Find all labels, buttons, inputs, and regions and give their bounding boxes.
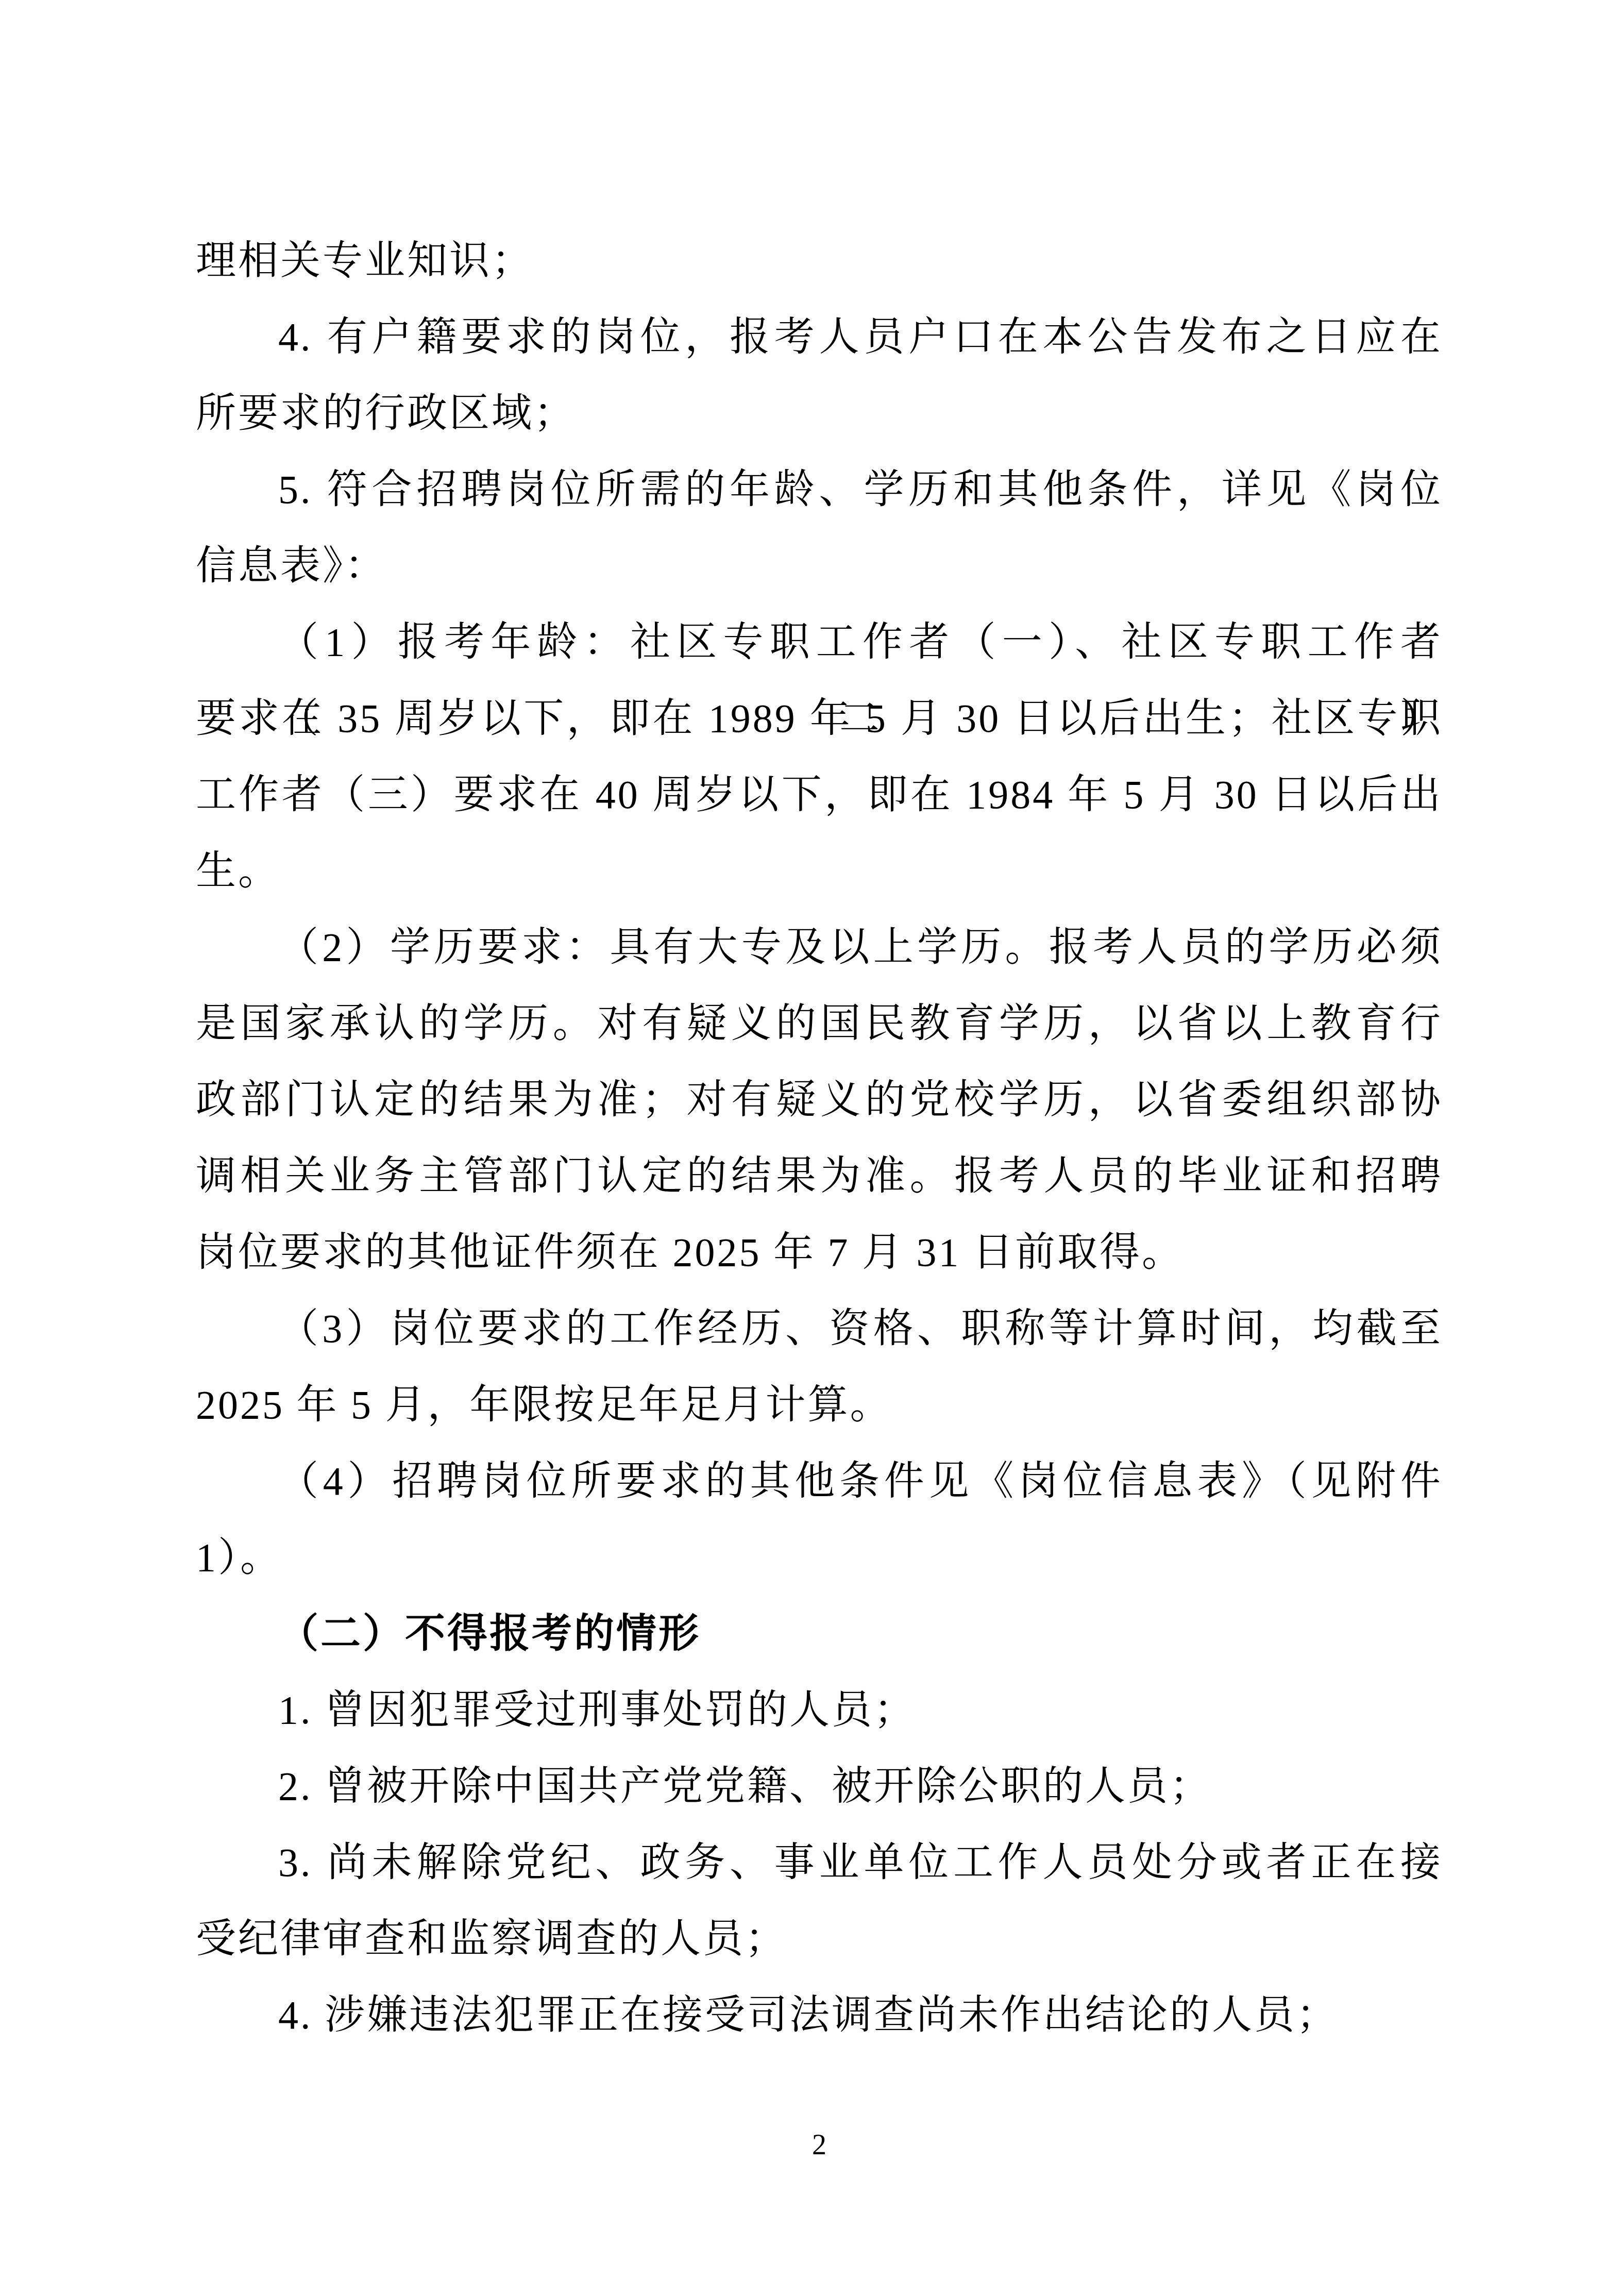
section-heading: （二）不得报考的情形 xyxy=(196,1596,1443,1672)
document-page: 理相关专业知识； 4. 有户籍要求的岗位，报考人员户口在本公告发布之日应在 所要… xyxy=(0,0,1623,2296)
text-line: 5. 符合招聘岗位所需的年龄、学历和其他条件，详见《岗位 xyxy=(196,451,1443,528)
text-line: 政部门认定的结果为准；对有疑义的党校学历，以省委组织部协 xyxy=(196,1062,1443,1138)
text-line: 工作者（三）要求在 40 周岁以下，即在 1984 年 5 月 30 日以后出 xyxy=(196,757,1443,833)
page-number: 2 xyxy=(196,2130,1443,2160)
text-line: 2025 年 5 月，年限按足年足月计算。 xyxy=(196,1367,1443,1443)
text-line: 3. 尚未解除党纪、政务、事业单位工作人员处分或者正在接 xyxy=(196,1824,1443,1901)
text-line: 岗位要求的其他证件须在 2025 年 7 月 31 日前取得。 xyxy=(196,1214,1443,1291)
text-line: 要求在 35 周岁以下，即在 1989 年 5 月 30 日以后出生；社区专职 xyxy=(196,680,1443,757)
text-line: （3）岗位要求的工作经历、资格、职称等计算时间，均截至 xyxy=(196,1291,1443,1367)
page-content: 理相关专业知识； 4. 有户籍要求的岗位，报考人员户口在本公告发布之日应在 所要… xyxy=(196,223,1443,2053)
text-line: 受纪律审查和监察调查的人员； xyxy=(196,1901,1443,1977)
text-line: 1. 曾因犯罪受过刑事处罚的人员； xyxy=(196,1672,1443,1748)
text-line: 是国家承认的学历。对有疑义的国民教育学历，以省以上教育行 xyxy=(196,985,1443,1062)
text-line: 生。 xyxy=(196,833,1443,909)
text-line: 2. 曾被开除中国共产党党籍、被开除公职的人员； xyxy=(196,1748,1443,1824)
text-line: （1）报考年龄：社区专职工作者（一）、社区专职工作者（二） xyxy=(196,604,1443,680)
text-line: 调相关业务主管部门认定的结果为准。报考人员的毕业证和招聘 xyxy=(196,1138,1443,1214)
text-line: （4）招聘岗位所要求的其他条件见《岗位信息表》（见附件 xyxy=(196,1443,1443,1519)
text-line: 理相关专业知识； xyxy=(196,223,1443,299)
text-line: 4. 有户籍要求的岗位，报考人员户口在本公告发布之日应在 xyxy=(196,299,1443,375)
text-line: 所要求的行政区域； xyxy=(196,375,1443,451)
text-line: 信息表》： xyxy=(196,528,1443,604)
text-line: 1）。 xyxy=(196,1519,1443,1596)
text-line: 4. 涉嫌违法犯罪正在接受司法调查尚未作出结论的人员； xyxy=(196,1977,1443,2053)
text-line: （2）学历要求：具有大专及以上学历。报考人员的学历必须 xyxy=(196,909,1443,985)
